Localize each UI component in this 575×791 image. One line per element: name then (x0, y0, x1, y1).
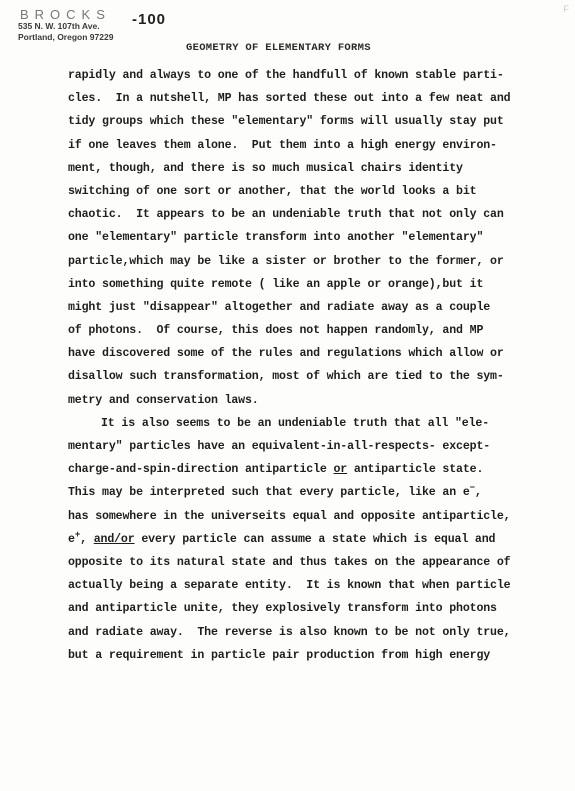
text-line: and antiparticle unite, they explosively… (68, 597, 558, 620)
text-line: into something quite remote ( like an ap… (68, 273, 558, 296)
text-line: of photons. Of course, this does not hap… (68, 319, 558, 342)
text-line: has somewhere in the universeits equal a… (68, 505, 558, 528)
text-line: tidy groups which these "elementary" for… (68, 110, 558, 133)
text-line: but a requirement in particle pair produ… (68, 644, 558, 667)
text-line: e+, and/or every particle can assume a s… (68, 528, 558, 551)
text-line: particle,which may be like a sister or b… (68, 250, 558, 273)
text-line: switching of one sort or another, that t… (68, 180, 558, 203)
address-stamp: BROCKS 535 N. W. 107th Ave. Portland, Or… (18, 8, 113, 43)
text-line: disallow such transformation, most of wh… (68, 365, 558, 388)
text-line: chaotic. It appears to be an undeniable … (68, 203, 558, 226)
text-line: have discovered some of the rules and re… (68, 342, 558, 365)
text-line: one "elementary" particle transform into… (68, 226, 558, 249)
text-line: and radiate away. The reverse is also kn… (68, 621, 558, 644)
text-line: It is also seems to be an undeniable tru… (68, 412, 558, 435)
document-body: rapidly and always to one of the handful… (68, 64, 558, 667)
text-line: if one leaves them alone. Put them into … (68, 134, 558, 157)
text-line: might just "disappear" altogether and ra… (68, 296, 558, 319)
stamp-address-line2: Portland, Oregon 97229 (18, 32, 113, 43)
page-number: -100 (132, 11, 166, 28)
text-line: rapidly and always to one of the handful… (68, 64, 558, 87)
text-line: opposite to its natural state and thus t… (68, 551, 558, 574)
text-line: This may be interpreted such that every … (68, 481, 558, 504)
stamp-address-line1: 535 N. W. 107th Ave. (18, 21, 113, 32)
text-line: ment, though, and there is so much music… (68, 157, 558, 180)
page-title: GEOMETRY OF ELEMENTARY FORMS (186, 42, 371, 54)
text-line: metry and conservation laws. (68, 389, 558, 412)
text-line: charge-and-spin-direction antiparticle o… (68, 458, 558, 481)
stamp-name: BROCKS (20, 8, 113, 21)
text-line: cles. In a nutshell, MP has sorted these… (68, 87, 558, 110)
text-line: actually being a separate entity. It is … (68, 574, 558, 597)
corner-mark: F (564, 4, 570, 14)
text-line: mentary" particles have an equivalent-in… (68, 435, 558, 458)
